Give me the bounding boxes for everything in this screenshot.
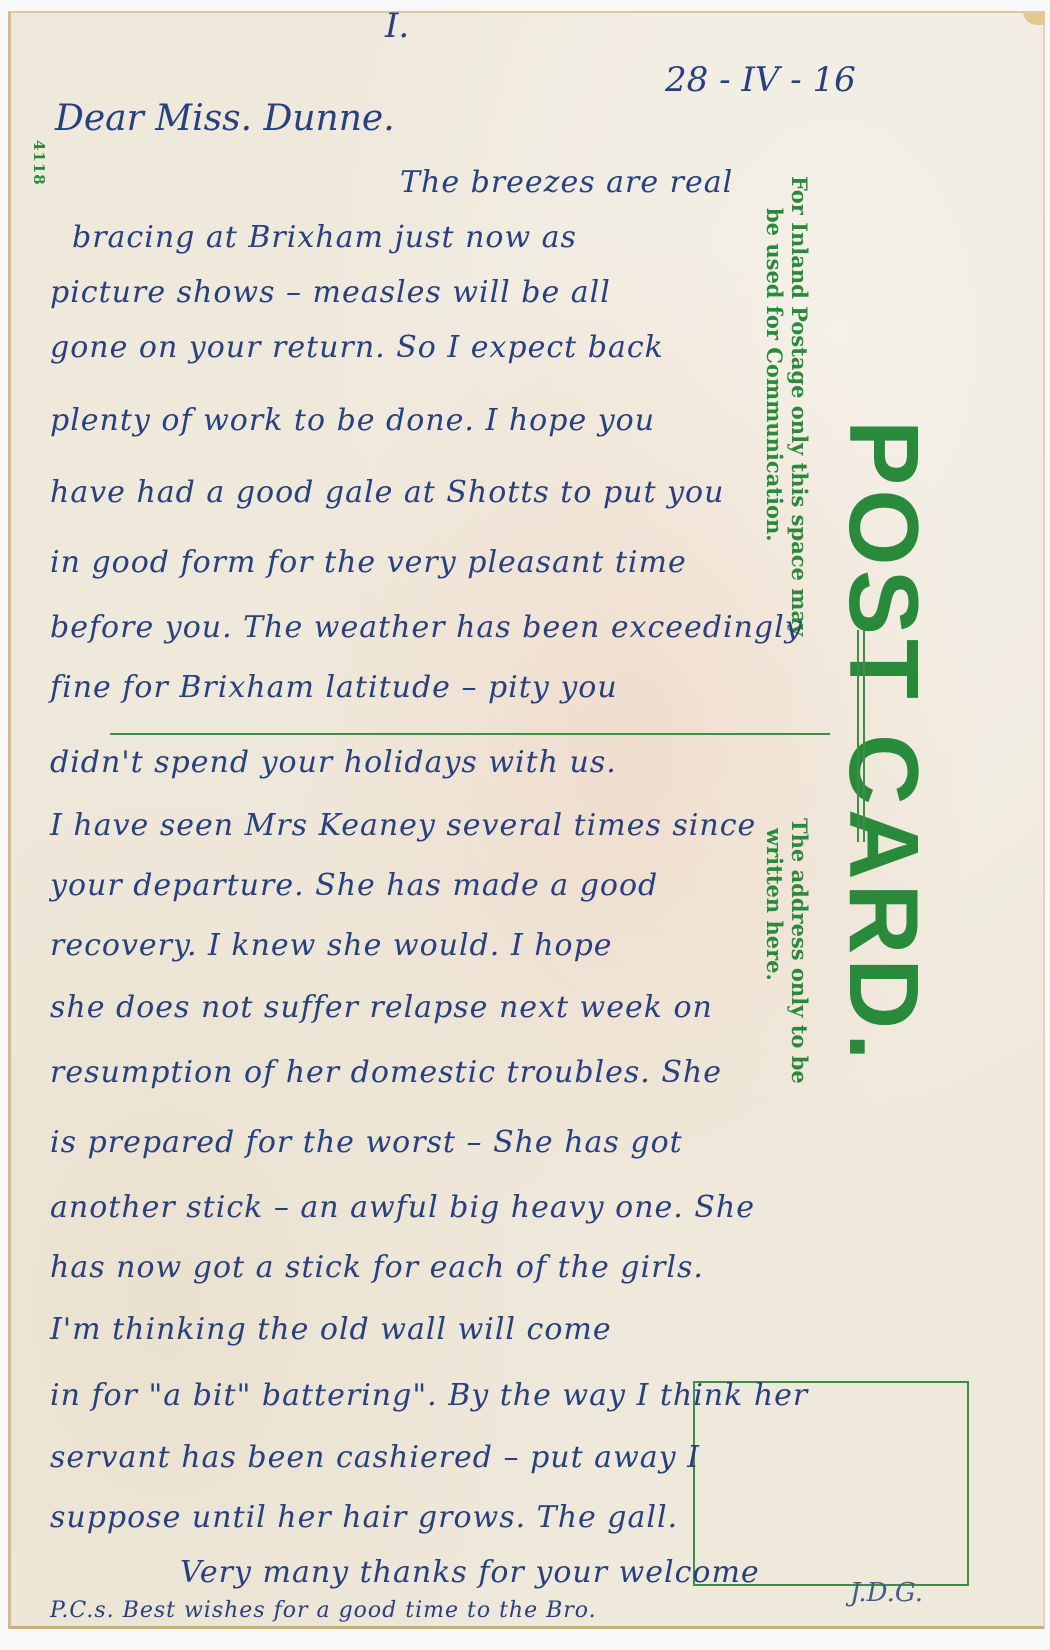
postcard-title: POST CARD. xyxy=(827,420,940,1064)
letter-line: in for "a bit" battering". By the way I … xyxy=(50,1378,808,1413)
letter-line: in good form for the very pleasant time xyxy=(50,545,687,580)
vertical-divider-left xyxy=(857,630,859,842)
letter-line: has now got a stick for each of the girl… xyxy=(50,1250,704,1285)
letter-line: recovery. I knew she would. I hope xyxy=(50,928,613,963)
letter-line: The breezes are real xyxy=(400,165,733,200)
signature: J.D.G. xyxy=(850,1578,923,1608)
letter-line: gone on your return. So I expect back xyxy=(50,330,664,365)
letter-line: is prepared for the worst – She has got xyxy=(50,1125,683,1160)
letter-line: your departure. She has made a good xyxy=(50,868,658,903)
vertical-divider-right xyxy=(863,630,865,842)
communication-notice-line2: be used for Communication. xyxy=(762,208,787,542)
communication-notice-line1: For Inland Postage only this space may xyxy=(787,176,812,636)
letter-line: fine for Brixham latitude – pity you xyxy=(50,670,618,705)
letter-line: picture shows – measles will be all xyxy=(50,275,611,310)
frayed-corner xyxy=(1023,11,1045,25)
letter-line: plenty of work to be done. I hope you xyxy=(50,403,655,438)
letter-line: I'm thinking the old wall will come xyxy=(50,1312,612,1347)
catalog-number: 4118 xyxy=(30,140,48,186)
letter-line: Very many thanks for your welcome xyxy=(180,1555,760,1590)
letter-line: she does not suffer relapse next week on xyxy=(50,990,713,1025)
letter-line: P.C.s. Best wishes for a good time to th… xyxy=(50,1598,597,1623)
letter-line: I have seen Mrs Keaney several times sin… xyxy=(50,808,756,843)
letter-line: didn't spend your holidays with us. xyxy=(50,745,617,780)
salutation: Dear Miss. Dunne. xyxy=(55,98,395,139)
letter-line: have had a good gale at Shotts to put yo… xyxy=(50,475,724,510)
letter-line: suppose until her hair grows. The gall. xyxy=(50,1500,678,1535)
letter-line: before you. The weather has been exceedi… xyxy=(50,610,803,645)
letter-line: another stick – an awful big heavy one. … xyxy=(50,1190,755,1225)
address-notice-line1: The address only to be xyxy=(787,818,812,1084)
horizontal-divider xyxy=(110,733,830,735)
letter-line: resumption of her domestic troubles. She xyxy=(50,1055,722,1090)
address-notice-line2: written here. xyxy=(762,828,787,981)
letter-line: servant has been cashiered – put away I xyxy=(50,1440,700,1475)
letter-date: 28 - IV - 16 xyxy=(665,60,856,100)
letter-line: bracing at Brixham just now as xyxy=(72,220,577,255)
page-number: I. xyxy=(385,6,409,46)
